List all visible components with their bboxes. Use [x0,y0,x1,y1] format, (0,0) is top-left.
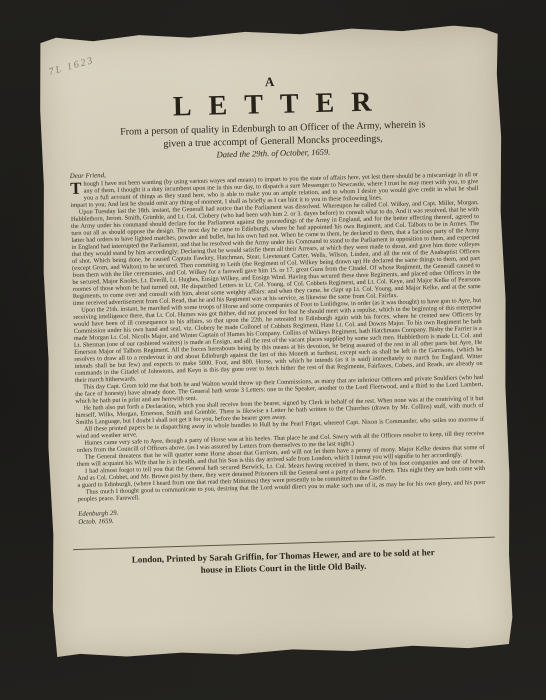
letter-paragraph-2: Upon Tuesday last the 18th. instant, the… [71,199,481,307]
photo-background: 7L 1623 A LETTER From a person of qualit… [0,0,546,700]
broadside-sheet: 7L 1623 A LETTER From a person of qualit… [37,24,514,659]
dropcap-initial: T [70,181,84,196]
signature-block: Edenburgh 29. Octob. 1659. [78,501,486,526]
printed-content: A LETTER From a person of quality in Ede… [37,24,512,579]
imprint-colophon: London, Printed by Sarah Griffin, for Th… [118,547,448,578]
letter-paragraph-3: Upon the 21th. instant, he marched with … [73,297,483,384]
